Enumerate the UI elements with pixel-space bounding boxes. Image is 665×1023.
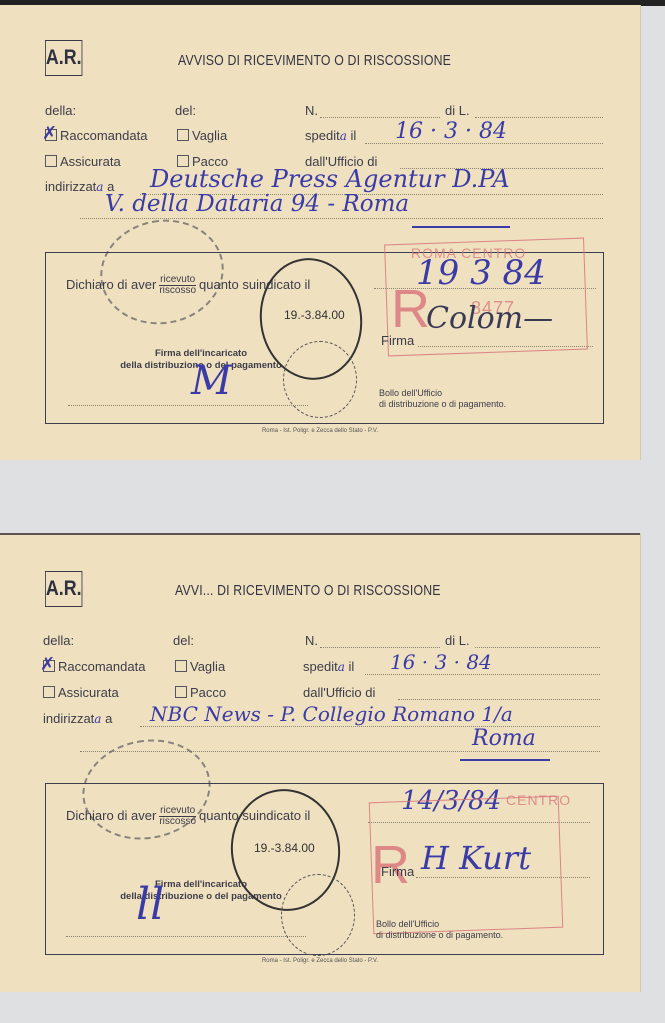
address-line-1-handwritten: NBC News - P. Collegio Romano 1/a — [150, 702, 513, 726]
underline-mark — [412, 226, 510, 228]
empty-stamp-circle — [281, 874, 355, 956]
date-sent-handwritten: 16 · 3 · 84 — [390, 650, 492, 674]
checkbox-assicurata[interactable]: Assicurata — [43, 685, 119, 700]
postmark-date: 19.-3.84.00 — [284, 308, 345, 322]
checkbox-checked-icon — [43, 660, 55, 672]
address-line-1-handwritten: Deutsche Press Agentur D.PA — [150, 165, 510, 193]
empty-stamp-circle — [283, 341, 357, 418]
recipient-signature: H Kurt — [421, 839, 531, 877]
n-field — [320, 647, 440, 648]
address-field-2 — [80, 218, 603, 219]
declaration-box: Dichiaro di averricevutoriscossoquanto s… — [45, 783, 604, 955]
del-label: del: — [173, 633, 194, 648]
checkbox-raccomandata[interactable]: Raccomandata — [45, 128, 147, 143]
address-line-2-handwritten: V. della Dataria 94 - Roma — [105, 191, 409, 217]
clerk-signature-field — [66, 936, 306, 937]
registered-r-mark: R — [391, 278, 430, 340]
registered-stamp-text: CENTRO — [506, 792, 571, 808]
n-label: N. — [305, 633, 318, 648]
clerk-signature: M — [191, 358, 232, 404]
ufficio-label: dall'Ufficio di — [303, 685, 375, 700]
amount-field — [475, 647, 600, 648]
spedit-label: spedita il — [303, 659, 354, 674]
checkbox-pacco[interactable]: Pacco — [175, 685, 226, 700]
signature-field — [416, 877, 590, 878]
del-label: del: — [175, 103, 196, 118]
firma-label: Firma — [381, 333, 414, 348]
card-title: AVVI... DI RICEVIMENTO O DI RISCOSSIONE — [175, 582, 441, 599]
ar-label: A.R. — [45, 571, 82, 607]
address-line-2-handwritten: Roma — [472, 726, 536, 751]
indirizzat-label: indirizzata a — [45, 179, 114, 194]
card-title: AVVISO DI RICEVIMENTO O DI RISCOSSIONE — [178, 52, 451, 69]
della-label: della: — [45, 103, 76, 118]
n-field — [320, 117, 440, 118]
clerk-signature-field — [68, 405, 308, 406]
date-sent-handwritten: 16 · 3 · 84 — [395, 119, 507, 144]
office-stamp-label: Bollo dell'Ufficiodi distribuzione o di … — [376, 919, 503, 941]
checkbox-raccomandata[interactable]: Raccomandata — [43, 659, 145, 674]
registered-stamp-text: ROMA CENTRO — [411, 245, 526, 261]
underline-mark — [460, 759, 550, 761]
checkbox-label: Raccomandata — [58, 659, 145, 674]
checkbox-vaglia[interactable]: Vaglia — [175, 659, 225, 674]
checkbox-checked-icon — [45, 129, 57, 141]
checkbox-label: Raccomandata — [60, 128, 147, 143]
n-label: N. — [305, 103, 318, 118]
checkbox-icon — [177, 129, 189, 141]
amount-field — [475, 117, 603, 118]
checkbox-icon — [45, 155, 57, 167]
checkbox-icon — [175, 686, 187, 698]
checkbox-label: Pacco — [190, 685, 226, 700]
checkbox-label: Assicurata — [60, 154, 121, 169]
firma-label: Firma — [381, 864, 414, 879]
postmark-date: 19.-3.84.00 — [254, 841, 315, 855]
ar-label: A.R. — [45, 40, 82, 76]
signature-field — [418, 346, 593, 347]
di-l-label: di L. — [445, 103, 470, 118]
printer-footer: Roma - Ist. Poligr. e Zecca dello Stato … — [0, 958, 640, 964]
declaration-box: Dichiaro di averricevutoriscossoquanto s… — [45, 252, 604, 424]
checkbox-icon — [175, 660, 187, 672]
clerk-signature: ll — [136, 879, 164, 930]
checkbox-label: Vaglia — [192, 128, 227, 143]
received-collected-fraction: ricevutoriscosso — [159, 275, 196, 296]
receipt-card-1: A.R. AVVISO DI RICEVIMENTO O DI RISCOSSI… — [0, 5, 640, 460]
checkbox-label: Assicurata — [58, 685, 119, 700]
ufficio-field — [398, 699, 600, 700]
printer-footer: Roma - Ist. Poligr. e Zecca dello Stato … — [0, 428, 640, 434]
checkbox-label: Vaglia — [190, 659, 225, 674]
checkbox-icon — [43, 686, 55, 698]
indirizzat-label: indirizzata a — [43, 711, 112, 726]
receipt-card-2: A.R. AVVI... DI RICEVIMENTO O DI RISCOSS… — [0, 533, 640, 992]
spedit-label: spedita il — [305, 128, 356, 143]
della-label: della: — [43, 633, 74, 648]
received-collected-fraction: ricevutoriscosso — [159, 806, 196, 827]
checkbox-vaglia[interactable]: Vaglia — [177, 128, 227, 143]
office-stamp-label: Bollo dell'Ufficiodi distribuzione o di … — [379, 388, 506, 410]
date-sent-field — [365, 674, 600, 675]
di-l-label: di L. — [445, 633, 470, 648]
recipient-signature: Colom— — [426, 301, 553, 336]
checkbox-assicurata[interactable]: Assicurata — [45, 154, 121, 169]
